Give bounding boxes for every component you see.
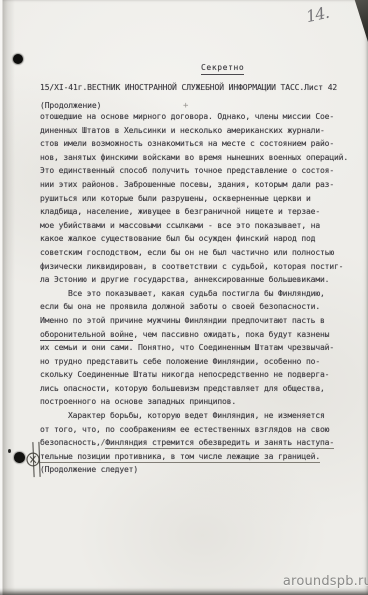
document-text-line: стов имели возможность ознакомиться на м… xyxy=(40,137,355,151)
document-text-line: ла Эстонию и другие государства, аннекси… xyxy=(40,273,355,287)
document-text-line: физически ликвидирован, в соответствии с… xyxy=(40,260,355,274)
classification-heading: Секретно xyxy=(201,63,244,75)
document-text-line: диненных Штатов в Хельсинки и несколько … xyxy=(40,124,355,138)
document-subtitle: (Продолжение) xyxy=(40,101,101,110)
document-text-line: их семьи и они сами. Понятно, что Соедин… xyxy=(40,341,355,355)
document-title: 15/XI-41г.ВЕСТНИК ИНОСТРАННОЙ СЛУЖЕБНОЙ … xyxy=(40,83,337,92)
document-text-line: отошедшие на основе мирного договора. Од… xyxy=(40,110,355,124)
document-text-line: построенного на основе западных принципо… xyxy=(40,395,355,409)
document-text-line: Это единственный способ получить точное … xyxy=(40,164,355,178)
document-text-line: кладбища, население, живущее в безгранич… xyxy=(40,205,355,219)
ink-blot-icon xyxy=(14,452,25,463)
document-text-line: но трудно представить себе положение Фин… xyxy=(40,355,355,369)
document-text-line: нии этих районов. Заброшенные посевы, зд… xyxy=(40,178,355,192)
document-text-line: Характер борьбы, которую ведет Финляндия… xyxy=(40,409,355,423)
scan-left-edge-shadow xyxy=(0,0,16,595)
scanned-document-page: 14. Секретно 15/XI-41г.ВЕСТНИК ИНОСТРАНН… xyxy=(0,0,368,595)
document-text-line: лись опасности, которую большевизм предс… xyxy=(40,382,355,396)
document-text-line: нов, занятых финскими войсками во время … xyxy=(40,151,355,165)
scan-bottom-edge-shadow xyxy=(0,588,368,595)
document-text-line: какое жалкое существование был бы осужде… xyxy=(40,232,355,246)
document-text-line: (Продолжение следует) xyxy=(40,463,355,477)
document-text-line: если бы она не проявила должной заботы о… xyxy=(40,300,355,314)
watermark: aroundspb.ru xyxy=(283,574,368,589)
document-text-line: Именно по этой причине мужчины Финляндии… xyxy=(40,314,355,328)
document-text-line: Все это показывает, какая судьба постигл… xyxy=(40,287,355,301)
document-text-line: безопасность,/Финляндия стремится обезвр… xyxy=(40,436,355,450)
document-text-line: советским господством, если бы он не был… xyxy=(40,246,355,260)
handwritten-page-number: 14. xyxy=(304,3,330,26)
document-text-line: рушиться или которые были разрушены, оск… xyxy=(40,192,355,206)
document-body: отошедшие на основе мирного договора. Од… xyxy=(40,110,355,477)
margin-double-lines-mark xyxy=(32,442,40,477)
ink-dot-icon xyxy=(8,449,11,453)
scan-corner-artifact xyxy=(351,0,368,42)
document-text-line: скольку Соединенные Штаты никогда непоср… xyxy=(40,368,355,382)
document-text-line: оборонительной войне, чем пассивно ожида… xyxy=(40,328,355,342)
document-text-line: тельные позиции противника, в том числе … xyxy=(40,450,355,464)
document-text-line: мое убийствами и массовыми ссылками - вс… xyxy=(40,219,355,233)
hole-punch-icon xyxy=(13,54,23,64)
document-text-line: от того, что, по соображениям ее естеств… xyxy=(40,423,355,437)
